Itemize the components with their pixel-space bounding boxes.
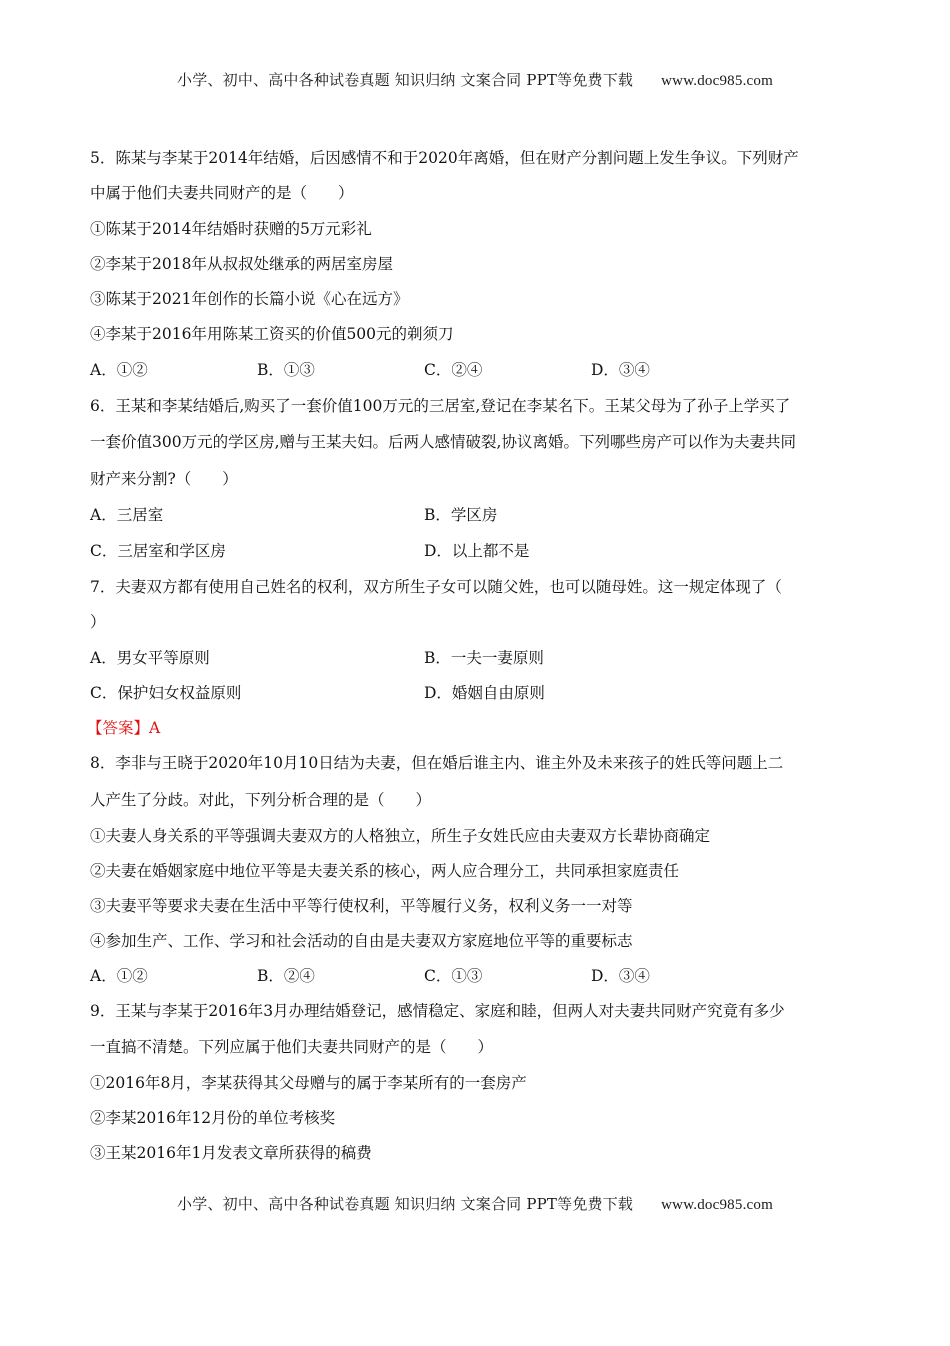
q8-option-c: C．①③ bbox=[424, 966, 482, 986]
q5-option-d: D．③④ bbox=[591, 360, 650, 380]
q7-option-d: D．婚姻自由原则 bbox=[424, 683, 545, 703]
q8-statement-4: ④参加生产、工作、学习和社会活动的自由是夫妻双方家庭地位平等的重要标志 bbox=[90, 931, 633, 951]
q8-statement-2: ②夫妻在婚姻家庭中地位平等是夫妻关系的核心，两人应合理分工，共同承担家庭责任 bbox=[90, 861, 679, 881]
q9-statement-3: ③王某2016年1月发表文章所获得的稿费 bbox=[90, 1143, 372, 1163]
q5-option-c: C．②④ bbox=[424, 360, 482, 380]
footer-url: www.doc985.com bbox=[661, 1197, 773, 1213]
q9-statement-1: ①2016年8月，李某获得其父母赠与的属于李某所有的一套房产 bbox=[90, 1073, 527, 1093]
q5-option-b: B．①③ bbox=[257, 360, 315, 380]
q6-option-d: D．以上都不是 bbox=[424, 541, 529, 561]
q7-option-c: C．保护妇女权益原则 bbox=[90, 683, 241, 703]
q8-option-d: D．③④ bbox=[591, 966, 650, 986]
q6-stem-line-3: 财产来分割?（ ） bbox=[90, 469, 238, 489]
q5-statement-2: ②李某于2018年从叔叔处继承的两居室房屋 bbox=[90, 254, 393, 274]
q8-statement-3: ③夫妻平等要求夫妻在生活中平等行使权利，平等履行义务，权利义务一一对等 bbox=[90, 896, 633, 916]
q8-stem-line-2: 人产生了分歧。对此，下列分析合理的是（ ） bbox=[90, 790, 431, 810]
q7-stem-line-2: ） bbox=[90, 612, 106, 632]
q6-option-a: A．三居室 bbox=[90, 505, 163, 525]
q7-stem-line-1: 7．夫妻双方都有使用自己姓名的权利，双方所生子女可以随父姓，也可以随母姓。这一规… bbox=[90, 577, 782, 597]
q6-option-b: B．学区房 bbox=[424, 505, 497, 525]
q8-option-b: B．②④ bbox=[257, 966, 315, 986]
q9-stem-line-1: 9．王某与李某于2016年3月办理结婚登记，感情稳定、家庭和睦，但两人对夫妻共同… bbox=[90, 1001, 785, 1021]
page-header: 小学、初中、高中各种试卷真题 知识归纳 文案合同 PPT等免费下载www.doc… bbox=[0, 69, 950, 90]
q8-statement-1: ①夫妻人身关系的平等强调夫妻双方的人格独立，所生子女姓氏应由夫妻双方长辈协商确定 bbox=[90, 826, 710, 846]
q9-stem-line-2: 一直搞不清楚。下列应属于他们夫妻共同财产的是（ ） bbox=[90, 1037, 493, 1057]
q5-statement-3: ③陈某于2021年创作的长篇小说《心在远方》 bbox=[90, 289, 408, 309]
page-footer: 小学、初中、高中各种试卷真题 知识归纳 文案合同 PPT等免费下载www.doc… bbox=[0, 1193, 950, 1214]
q5-option-a: A．①② bbox=[90, 360, 148, 380]
q6-stem-line-2: 一套价值300万元的学区房,赠与王某夫妇。后两人感情破裂,协议离婚。下列哪些房产… bbox=[90, 432, 796, 452]
footer-text: 小学、初中、高中各种试卷真题 知识归纳 文案合同 PPT等免费下载 bbox=[177, 1195, 633, 1213]
q7-answer: 【答案】A bbox=[87, 718, 160, 738]
q6-stem-line-1: 6．王某和李某结婚后,购买了一套价值100万元的三居室,登记在李某名下。王某父母… bbox=[90, 396, 790, 416]
q5-statement-1: ①陈某于2014年结婚时获赠的5万元彩礼 bbox=[90, 219, 372, 239]
q5-stem-line-2: 中属于他们夫妻共同财产的是（ ） bbox=[90, 183, 354, 203]
q6-option-c: C．三居室和学区房 bbox=[90, 541, 226, 561]
q7-option-b: B．一夫一妻原则 bbox=[424, 648, 544, 668]
q5-stem-line-1: 5．陈某与李某于2014年结婚，后因感情不和于2020年离婚，但在财产分割问题上… bbox=[90, 148, 799, 168]
q5-statement-4: ④李某于2016年用陈某工资买的价值500元的剃须刀 bbox=[90, 324, 454, 344]
header-text: 小学、初中、高中各种试卷真题 知识归纳 文案合同 PPT等免费下载 bbox=[177, 71, 633, 89]
q7-option-a: A．男女平等原则 bbox=[90, 648, 210, 668]
q9-statement-2: ②李某2016年12月份的单位考核奖 bbox=[90, 1108, 335, 1128]
q8-option-a: A．①② bbox=[90, 966, 148, 986]
header-url: www.doc985.com bbox=[661, 73, 773, 89]
q8-stem-line-1: 8．李非与王晓于2020年10月10日结为夫妻，但在婚后谁主内、谁主外及未来孩子… bbox=[90, 753, 783, 773]
